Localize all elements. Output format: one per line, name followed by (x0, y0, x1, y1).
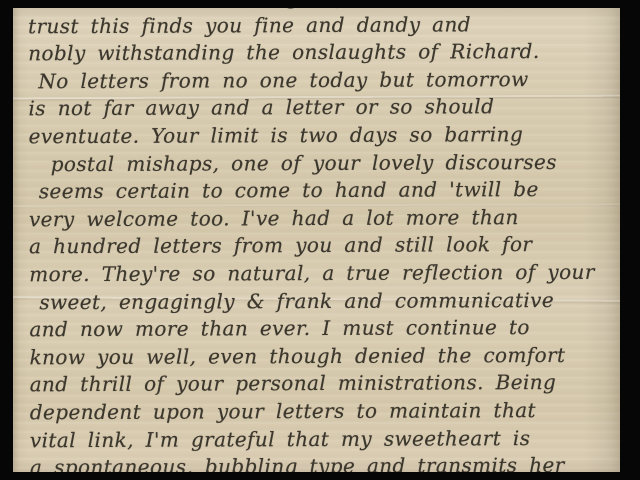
letter-line: is not far away and a letter or so shoul… (13, 93, 620, 123)
letter-line: a hundred letters from you and still loo… (13, 231, 620, 261)
letter-line: No letters from no one today but tomorro… (13, 65, 619, 95)
letter-line: eventuate. Your limit is two days so bar… (13, 121, 620, 151)
letter-line: vital link, I'm grateful that my sweethe… (14, 424, 620, 454)
letter-line: trust this finds you fine and dandy and (13, 10, 619, 40)
letter-line: nobly withstanding the onslaughts of Ric… (13, 38, 619, 68)
letter-line: dependent upon your letters to maintain … (14, 397, 620, 427)
letter-line: more. They're so natural, a true reflect… (13, 259, 620, 289)
letter-line: sweet, engagingly & frank and communicat… (13, 286, 620, 316)
letter-line: seems certain to come to hand and 'twill… (13, 176, 620, 206)
letter-line: postal mishaps, one of your lovely disco… (13, 148, 620, 178)
letter-line: and thrill of your personal ministration… (14, 369, 620, 399)
scanned-letter-photo: g p y g trust this finds you fine and da… (0, 0, 640, 480)
letter-page: g p y g trust this finds you fine and da… (13, 8, 620, 472)
letter-line: and now more than ever. I must continue … (13, 314, 620, 344)
letter-line: a spontaneous, bubbling type and transmi… (14, 452, 620, 472)
letter-line: know you well, even though denied the co… (13, 341, 620, 371)
handwritten-text-block: g p y g trust this finds you fine and da… (13, 8, 620, 472)
letter-line: very welcome too. I've had a lot more th… (13, 203, 620, 233)
